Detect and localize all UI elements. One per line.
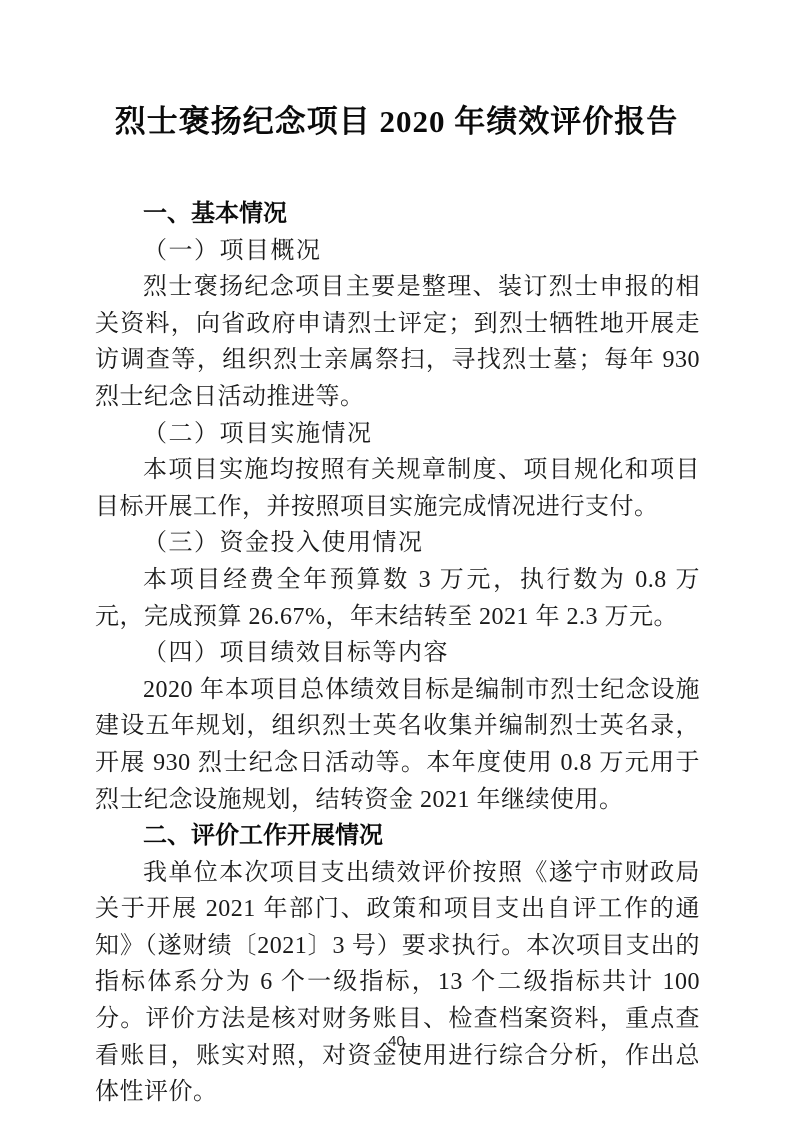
section-2-heading: 二、评价工作开展情况 — [95, 818, 700, 855]
page-number: 40 — [0, 1033, 793, 1050]
subsection-1-3-heading: （三）资金投入使用情况 — [95, 525, 700, 562]
document-body: 一、基本情况 （一）项目概况 烈士褒扬纪念项目主要是整理、装订烈士申报的相关资料… — [0, 196, 793, 1111]
document-title: 烈士褒扬纪念项目 2020 年绩效评价报告 — [0, 100, 793, 144]
document-page: 烈士褒扬纪念项目 2020 年绩效评价报告 一、基本情况 （一）项目概况 烈士褒… — [0, 0, 793, 1122]
section-1-heading: 一、基本情况 — [95, 196, 700, 233]
subsection-1-4-heading: （四）项目绩效目标等内容 — [95, 635, 700, 672]
subsection-1-4-paragraph: 2020 年本项目总体绩效目标是编制市烈士纪念设施建设五年规划，组织烈士英名收集… — [95, 672, 700, 818]
subsection-1-2-heading: （二）项目实施情况 — [95, 416, 700, 453]
subsection-1-3-paragraph: 本项目经费全年预算数 3 万元，执行数为 0.8 万元，完成预算 26.67%，… — [95, 562, 700, 635]
subsection-1-1-heading: （一）项目概况 — [95, 233, 700, 270]
subsection-1-1-paragraph: 烈士褒扬纪念项目主要是整理、装订烈士申报的相关资料，向省政府申请烈士评定；到烈士… — [95, 269, 700, 415]
section-2-paragraph: 我单位本次项目支出绩效评价按照《遂宁市财政局关于开展 2021 年部门、政策和项… — [95, 855, 700, 1111]
subsection-1-2-paragraph: 本项目实施均按照有关规章制度、项目规化和项目目标开展工作，并按照项目实施完成情况… — [95, 452, 700, 525]
